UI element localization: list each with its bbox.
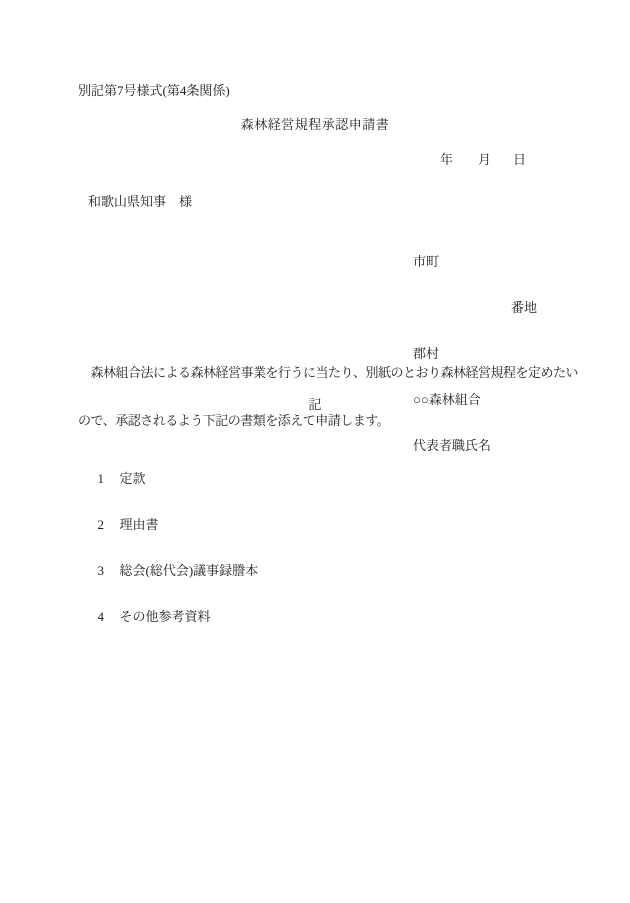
sender-city-town: 市町 xyxy=(413,255,537,275)
date-line: 年 月 日 xyxy=(440,153,526,166)
body-line-1: 森林組合法による森林経営事業を行うに当たり、別紙のとおり森林経営規程を定めたい xyxy=(78,366,578,388)
document-title: 森林経営規程承認申請書 xyxy=(0,118,630,131)
list-item-number: 4 xyxy=(98,610,120,623)
sender-banchi: 番地 xyxy=(413,301,537,321)
date-day-label: 日 xyxy=(513,153,526,166)
list-item-sonota: 4その他参考資料 xyxy=(78,597,258,617)
date-year-label: 年 xyxy=(440,153,453,166)
document-page: 別記第7号様式(第4条関係) 森林経営規程承認申請書 年 月 日 和歌山県知事 … xyxy=(0,0,630,903)
list-item-number: 1 xyxy=(98,472,120,485)
list-item-gijiroku: 3総会(総代会)議事録謄本 xyxy=(78,551,258,571)
list-item-label: 理由書 xyxy=(120,517,159,532)
form-number: 別記第7号様式(第4条関係) xyxy=(78,84,230,97)
ki-heading: 記 xyxy=(0,398,630,411)
attachment-list: 1定款 2理由書 3総会(総代会)議事録謄本 4その他参考資料 xyxy=(78,433,258,643)
list-item-label: その他参考資料 xyxy=(120,609,211,624)
list-item-label: 定款 xyxy=(120,471,146,486)
list-item-number: 2 xyxy=(98,518,120,531)
addressee: 和歌山県知事 様 xyxy=(88,195,192,208)
list-item-number: 3 xyxy=(98,564,120,577)
date-month-label: 月 xyxy=(478,153,491,166)
list-item-label: 総会(総代会)議事録謄本 xyxy=(120,563,259,578)
list-item-riyusho: 2理由書 xyxy=(78,505,258,525)
list-item-teikan: 1定款 xyxy=(78,459,258,479)
